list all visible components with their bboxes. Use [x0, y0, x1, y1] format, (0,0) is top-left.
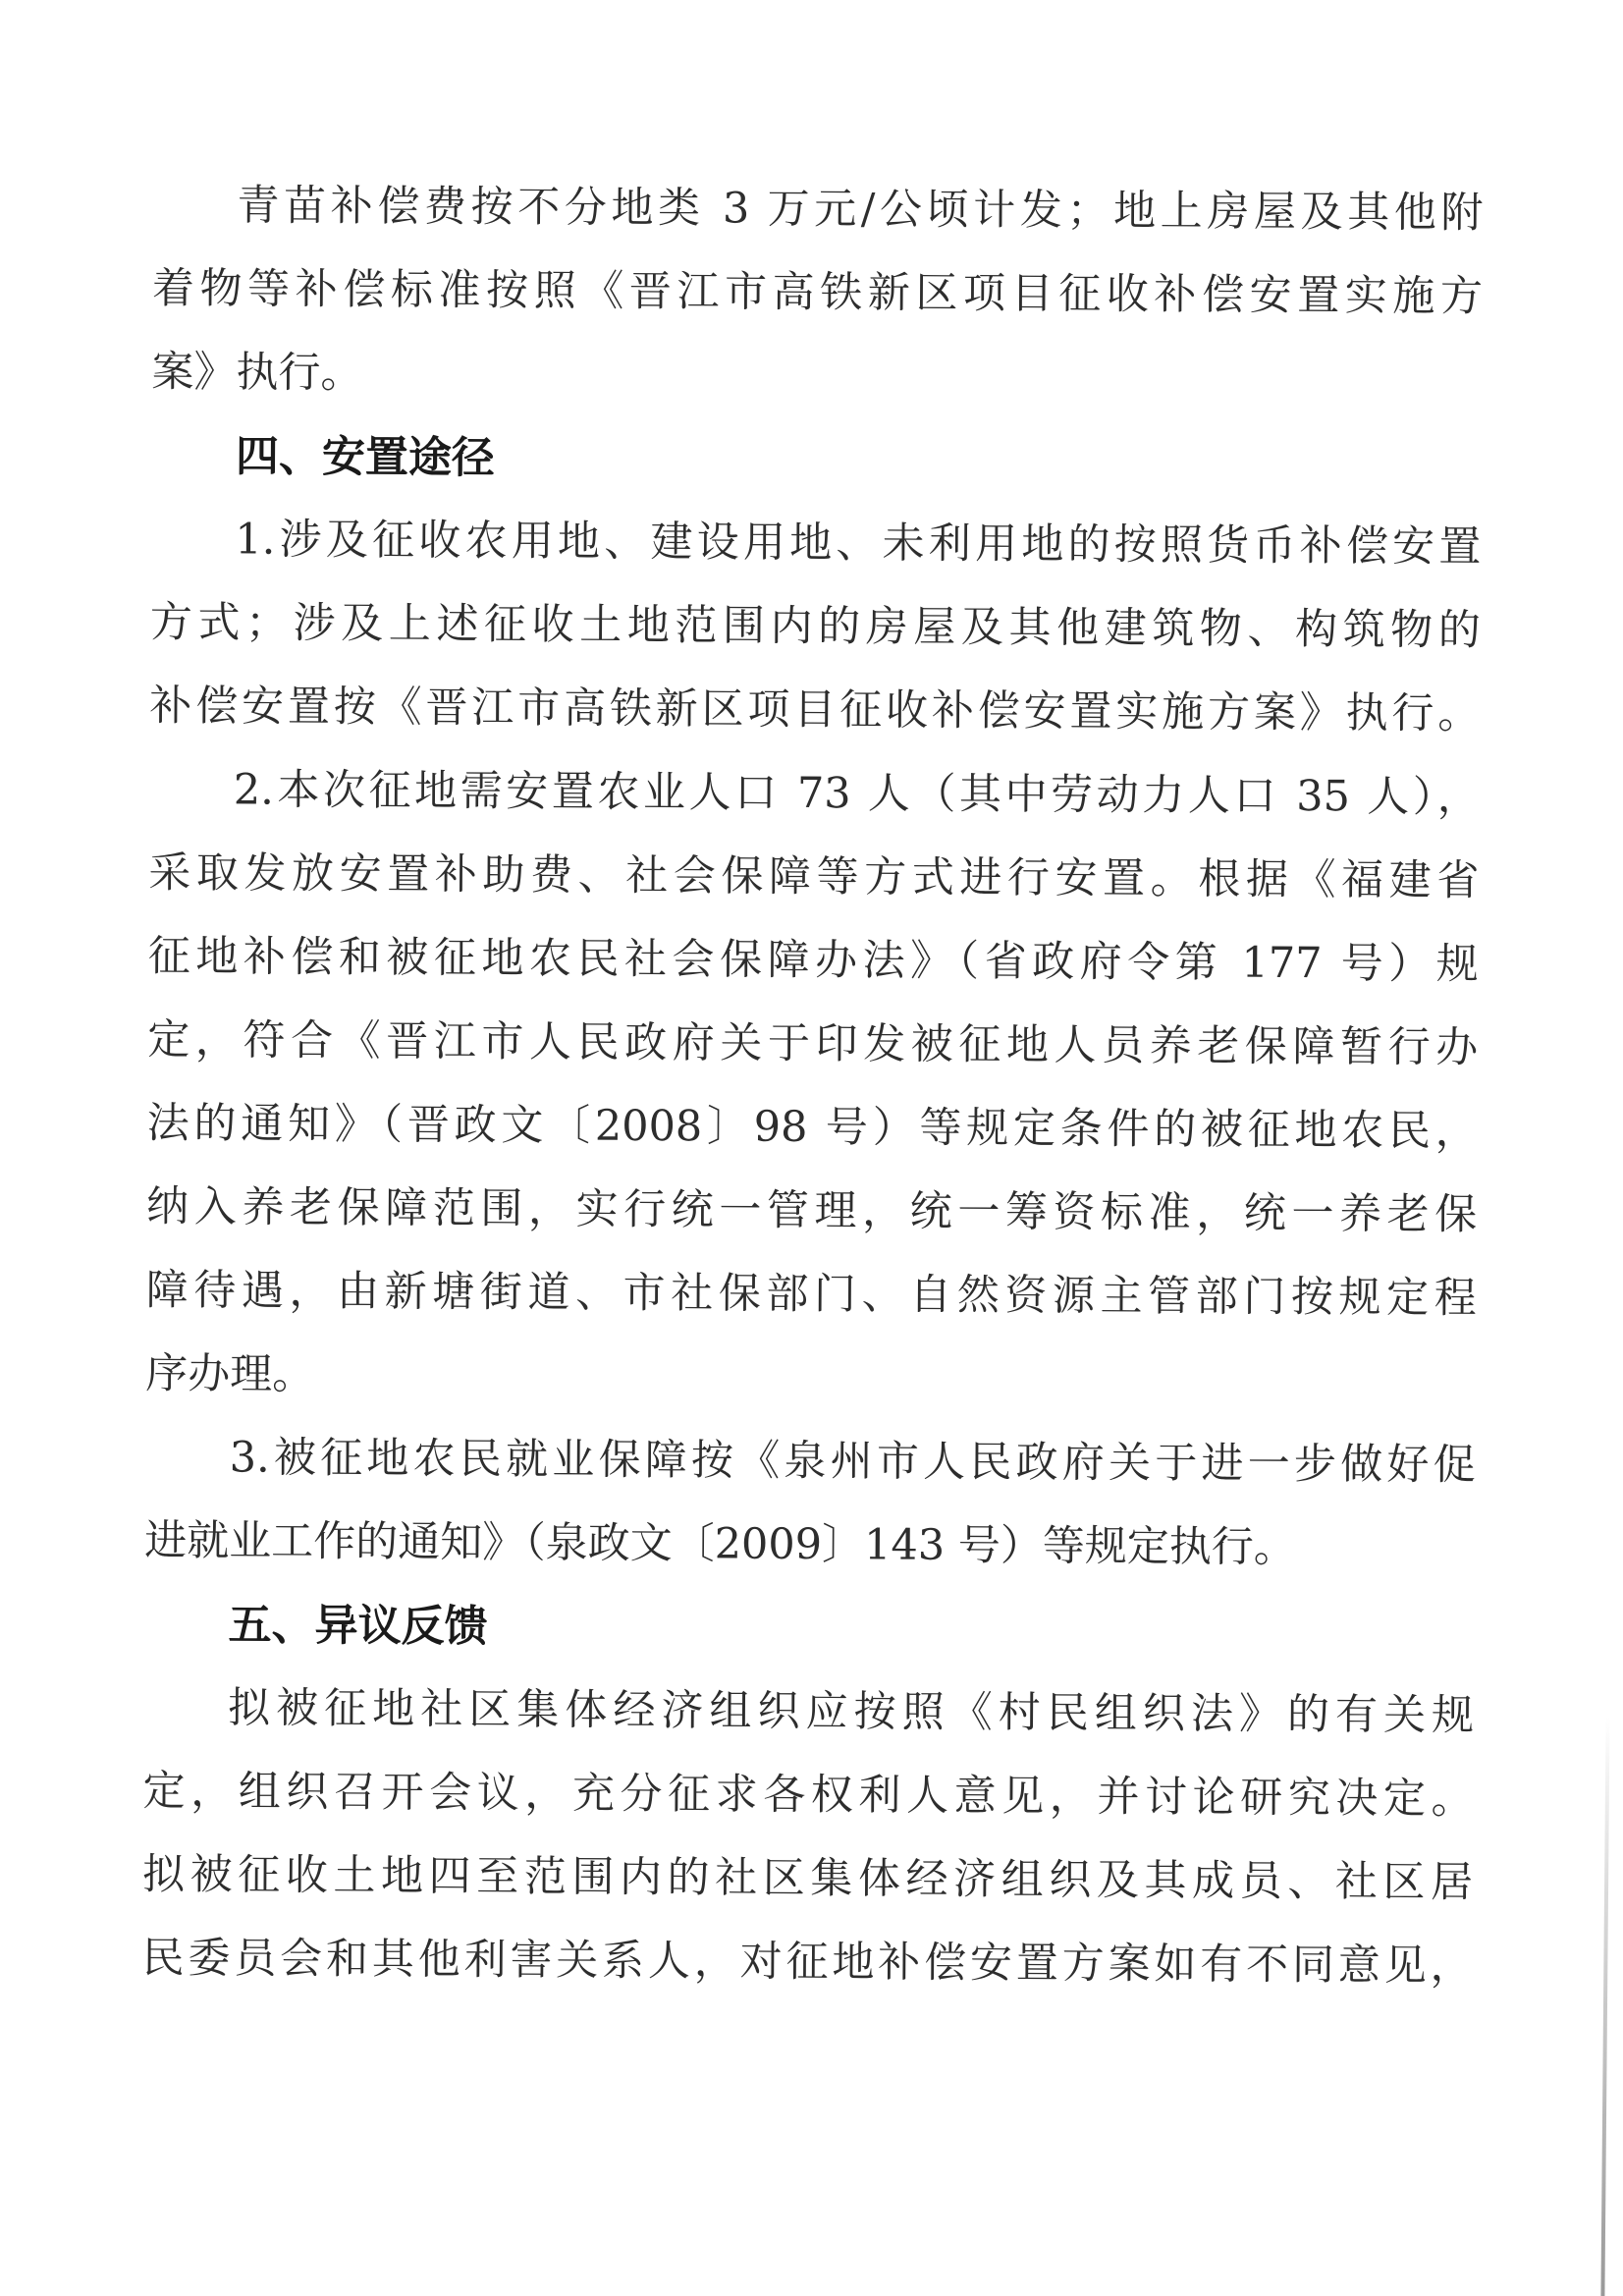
text-line: 定，组织召开会议，充分征求各权利人意见，并讨论研究决定。 [142, 1750, 1473, 1841]
document-body: 青苗补偿费按不分地类 3 万元/公顷计发；地上房屋及其他附着物等补偿标准按照《晋… [141, 164, 1483, 2008]
text-line: 定，符合《晋江市人民政府关于印发被征地人员养老保障暂行办 [147, 999, 1478, 1090]
text-line: 案》执行。 [151, 331, 1482, 422]
text-line: 着物等补偿标准按照《晋江市高铁新区项目征收补偿安置实施方 [152, 247, 1483, 339]
text-line: 2.本次征地需安置农业人口 73 人（其中劳动力人口 35 人）， [149, 748, 1480, 840]
text-line: 民委员会和其他利害关系人，对征地补偿安置方案如有不同意见， [141, 1917, 1472, 2008]
text-line: 补偿安置按《晋江市高铁新区项目征收补偿安置实施方案》执行。 [149, 665, 1480, 756]
text-line: 拟被征收土地四至范围内的社区集体经济组织及其成员、社区居 [142, 1833, 1473, 1925]
section-heading: 四、安置途径 [151, 414, 1482, 506]
text-line: 征地补偿和被征地农民社会保障办法》（省政府令第 177 号）规 [148, 915, 1479, 1007]
document-page: 青苗补偿费按不分地类 3 万元/公顷计发；地上房屋及其他附着物等补偿标准按照《晋… [0, 0, 1623, 2296]
text-line: 采取发放安置补助费、社会保障等方式进行安置。根据《福建省 [148, 832, 1479, 923]
text-line: 青苗补偿费按不分地类 3 万元/公顷计发；地上房屋及其他附 [152, 164, 1483, 255]
text-line: 纳入养老保障范围，实行统一管理，统一筹资标准，统一养老保 [146, 1166, 1477, 1257]
text-line: 法的通知》（晋政文〔2008〕98 号）等规定条件的被征地农民， [146, 1082, 1477, 1174]
text-line: 1.涉及征收农用地、建设用地、未利用地的按照货币补偿安置 [150, 498, 1481, 589]
text-line: 进就业工作的通知》（泉政文〔2009〕143 号）等规定执行。 [144, 1500, 1475, 1591]
text-line: 方式；涉及上述征收土地范围内的房屋及其他建筑物、构筑物的 [150, 581, 1481, 673]
section-heading: 五、异议反馈 [143, 1583, 1474, 1674]
text-line: 3.被征地农民就业保障按《泉州市人民政府关于进一步做好促 [144, 1416, 1475, 1507]
text-line: 拟被征地社区集体经济组织应按照《村民组织法》的有关规 [143, 1667, 1474, 1758]
scan-edge-artifact [1600, 1717, 1609, 2296]
text-line: 障待遇，由新塘街道、市社保部门、自然资源主管部门按规定程 [145, 1249, 1476, 1340]
text-line: 序办理。 [145, 1333, 1476, 1424]
